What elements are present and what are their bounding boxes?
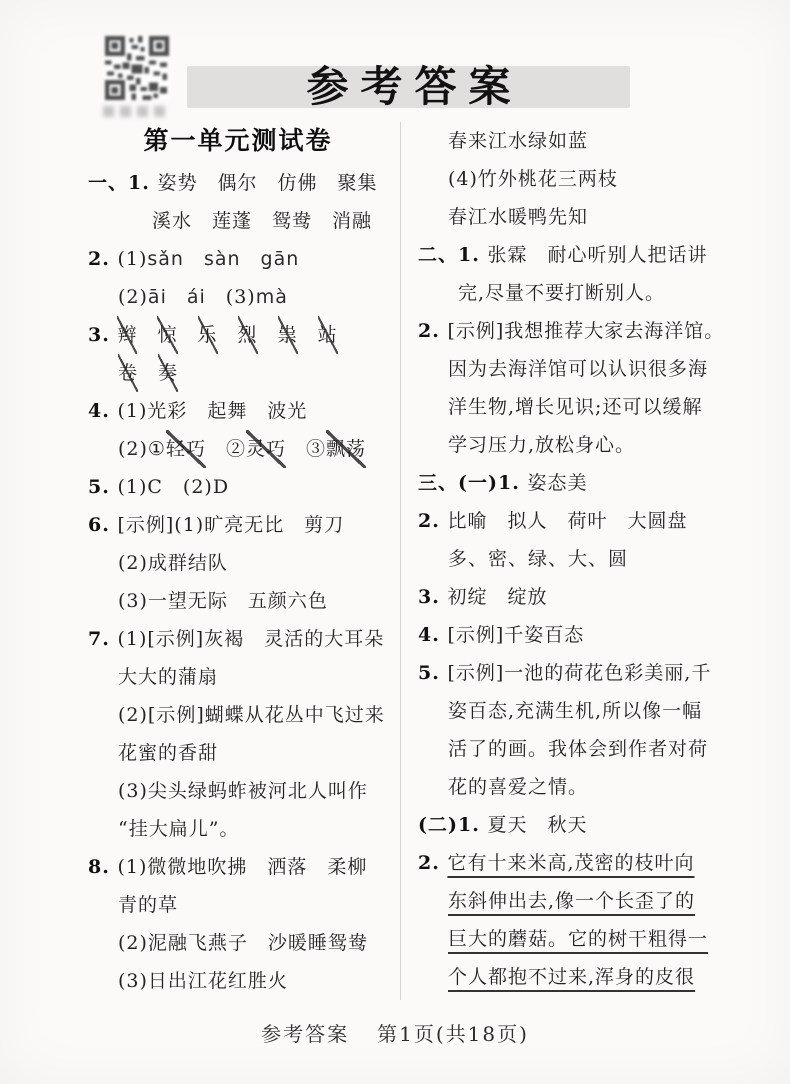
item-marker: (二)1.: [418, 814, 487, 836]
item-marker: 二、1.: [418, 244, 487, 266]
item-marker: 4.: [88, 400, 117, 422]
answer-line: (2)成群结队: [88, 544, 388, 582]
answer-text: 花的喜爱之情。: [448, 776, 588, 798]
answer-text: (2)①: [118, 438, 166, 460]
answer-line: (3)尖头绿蚂蚱被河北人叫作: [88, 772, 388, 810]
answer-text: (3)尖头绿蚂蚱被河北人叫作: [118, 780, 368, 802]
answer-text: 洋生物,增长见识;还可以缓解: [448, 396, 702, 418]
answer-line: (2)泥融飞燕子 沙暖睡鸳鸯: [88, 924, 388, 962]
answer-text: 张霖 耐心听别人把话讲: [487, 244, 707, 266]
struck-answer: 奏: [158, 354, 178, 392]
answer-text: 完,尽量不要打断别人。: [458, 282, 665, 304]
struck-answer: 灵巧: [246, 430, 286, 468]
answer-line: 2. (1)sǎn sàn gān: [88, 240, 388, 278]
answer-text: (1): [117, 248, 147, 270]
answer-line: 个人都抱不过来,浑身的皮很: [418, 958, 728, 996]
answer-text: [137, 324, 157, 346]
answer-line: 7. (1)[示例]灰褐 灵活的大耳朵: [88, 620, 388, 658]
struck-answer: 辫: [117, 316, 137, 354]
answer-text: 姿势 偶尔 仿佛 聚集: [157, 172, 377, 194]
answer-line: 完,尽量不要打断别人。: [418, 274, 728, 312]
answer-line: (3)日出江花红胜火: [88, 962, 388, 1000]
answer-line: 二、1. 张霖 耐心听别人把话讲: [418, 236, 728, 274]
item-marker: 8.: [88, 856, 117, 878]
qr-caption-blurred: [103, 106, 171, 117]
answer-line: 多、密、绿、大、圆: [418, 540, 728, 578]
left-column: 第一单元测试卷 一、1. 姿势 偶尔 仿佛 聚集溪水 莲蓬 鸳鸯 消融2. (1…: [88, 122, 400, 1000]
answer-text: (2)[示例]蝴蝶从花丛中飞过来: [118, 704, 385, 726]
answer-line: 学习压力,放松身心。: [418, 426, 728, 464]
qr-code-icon: [100, 36, 174, 100]
section-title: 第一单元测试卷: [88, 122, 388, 164]
answer-text: 因为去海洋馆可以认识很多海: [448, 358, 708, 380]
answer-line: 8. (1)微微地吹拂 洒落 柔柳: [88, 848, 388, 886]
answer-line: 6. [示例](1)旷亮无比 剪刀: [88, 506, 388, 544]
struck-answer: 惊: [157, 316, 177, 354]
answer-line: 洋生物,增长见识;还可以缓解: [418, 388, 728, 426]
answer-text: (2)成群结队: [118, 552, 228, 574]
answers-content: 第一单元测试卷 一、1. 姿势 偶尔 仿佛 聚集溪水 莲蓬 鸳鸯 消融2. (1…: [88, 122, 728, 1000]
answer-text: 东斜伸出去,像一个长歪了的: [448, 890, 695, 912]
answer-line: (二)1. 夏天 秋天: [418, 806, 728, 844]
item-marker: 一、1.: [88, 172, 157, 194]
footer-page-number: 第1页(共18页): [377, 1022, 529, 1046]
left-column-lines: 一、1. 姿势 偶尔 仿佛 聚集溪水 莲蓬 鸳鸯 消融2. (1)sǎn sàn…: [88, 164, 388, 1000]
answer-text: (1)微微地吹拂 洒落 柔柳: [117, 856, 367, 878]
answer-text: (1)[示例]灰褐 灵活的大耳朵: [117, 628, 384, 650]
answer-text: (1)C (2)D: [117, 476, 229, 498]
struck-answer: 站: [318, 316, 338, 354]
answer-text: (3)日出江花红胜火: [118, 970, 288, 992]
answer-text: mà: [256, 286, 288, 308]
answer-text: 它有十来米高,茂密的枝叶向: [447, 852, 694, 874]
answer-line: 4. [示例]千姿百态: [418, 616, 728, 654]
item-marker: 2.: [418, 852, 447, 874]
answer-text: 比喻 拟人 荷叶 大圆盘: [447, 510, 687, 532]
answer-text: (3): [206, 286, 256, 308]
struck-answer: 卷: [118, 354, 138, 392]
answer-text: (4)竹外桃花三两枝: [448, 168, 618, 190]
answer-line: 青的草: [88, 886, 388, 924]
answer-line: 花的喜爱之情。: [418, 768, 728, 806]
answer-text: 学习压力,放松身心。: [448, 434, 635, 456]
answer-text: 巨大的蘑菇。它的树干粗得一: [448, 928, 708, 950]
struck-answer: 烈: [238, 316, 258, 354]
page-footer: 参考答案第1页(共18页): [0, 1018, 790, 1047]
answer-text: [178, 324, 198, 346]
answer-line: 溪水 莲蓬 鸳鸯 消融: [88, 202, 388, 240]
item-marker: 5.: [88, 476, 117, 498]
answer-line: 4. (1)光彩 起舞 波光: [88, 392, 388, 430]
answer-line: 3. 辫 惊 乐 烈 祟 站: [88, 316, 388, 354]
answer-line: (2)①轻巧 ②灵巧 ③飘荡: [88, 430, 388, 468]
answer-text: 青的草: [118, 894, 178, 916]
answer-text: [示例](1)旷亮无比 剪刀: [117, 514, 344, 536]
answer-text: 溪水 莲蓬 鸳鸯 消融: [152, 210, 372, 232]
answer-text: (3)一望无际 五颜六色: [118, 590, 328, 612]
answer-text: 姿态美: [527, 472, 587, 494]
footer-label: 参考答案: [261, 1022, 349, 1046]
item-marker: 3.: [418, 586, 447, 608]
page-title: 参考答案: [187, 54, 630, 114]
answer-line: 东斜伸出去,像一个长歪了的: [418, 882, 728, 920]
answer-key-page: 参考答案 第一单元测试卷 一、1. 姿势 偶尔 仿佛 聚集溪水 莲蓬 鸳鸯 消融…: [0, 0, 790, 1084]
answer-line: 2. [示例]我想推荐大家去海洋馆。: [418, 312, 728, 350]
answer-text: 春来江水绿如蓝: [448, 130, 588, 152]
answer-line: 卷 奏: [88, 354, 388, 392]
answer-text: āi ái: [148, 286, 206, 308]
answer-line: 三、(一)1. 姿态美: [418, 464, 728, 502]
answer-text: “挂大扁儿”。: [118, 818, 239, 840]
item-marker: 3.: [88, 324, 117, 346]
answer-line: 春来江水绿如蓝: [418, 122, 728, 160]
struck-answer: 轻巧: [166, 430, 206, 468]
answer-text: (2): [118, 286, 148, 308]
answer-line: 2. 它有十来米高,茂密的枝叶向: [418, 844, 728, 882]
answer-line: 3. 初绽 绽放: [418, 578, 728, 616]
item-marker: 2.: [418, 510, 447, 532]
answer-text: [298, 324, 318, 346]
answer-line: 5. (1)C (2)D: [88, 468, 388, 506]
answer-line: (2)āi ái (3)mà: [88, 278, 388, 316]
answer-text: 姿百态,充满生机,所以像一幅: [448, 700, 702, 722]
answer-line: “挂大扁儿”。: [88, 810, 388, 848]
answer-text: 活了的画。我体会到作者对荷: [448, 738, 708, 760]
answer-text: 个人都抱不过来,浑身的皮很: [448, 966, 695, 988]
answer-line: 花蜜的香甜: [88, 734, 388, 772]
item-marker: 2.: [88, 248, 117, 270]
answer-line: (4)竹外桃花三两枝: [418, 160, 728, 198]
answer-text: 大大的蒲扇: [118, 666, 218, 688]
answer-line: 2. 比喻 拟人 荷叶 大圆盘: [418, 502, 728, 540]
right-column-lines: 春来江水绿如蓝(4)竹外桃花三两枝春江水暖鸭先知二、1. 张霖 耐心听别人把话讲…: [418, 122, 728, 996]
answer-text: [示例]一池的荷花色彩美丽,千: [447, 662, 711, 684]
answer-text: [258, 324, 278, 346]
answer-text: [示例]我想推荐大家去海洋馆。: [447, 320, 724, 342]
answer-text: 花蜜的香甜: [118, 742, 218, 764]
answer-text: 多、密、绿、大、圆: [448, 548, 628, 570]
answer-line: 活了的画。我体会到作者对荷: [418, 730, 728, 768]
answer-text: [218, 324, 238, 346]
answer-line: 巨大的蘑菇。它的树干粗得一: [418, 920, 728, 958]
item-marker: 4.: [418, 624, 447, 646]
answer-text: 夏天 秋天: [487, 814, 587, 836]
item-marker: 7.: [88, 628, 117, 650]
answer-line: 一、1. 姿势 偶尔 仿佛 聚集: [88, 164, 388, 202]
struck-answer: 飘荡: [326, 430, 366, 468]
answer-text: [138, 362, 158, 384]
answer-line: (2)[示例]蝴蝶从花丛中飞过来: [88, 696, 388, 734]
answer-line: 因为去海洋馆可以认识很多海: [418, 350, 728, 388]
answer-line: 5. [示例]一池的荷花色彩美丽,千: [418, 654, 728, 692]
answer-text: [示例]千姿百态: [447, 624, 584, 646]
answer-text: ②: [206, 438, 246, 460]
answer-text: (1)光彩 起舞 波光: [117, 400, 307, 422]
item-marker: 6.: [88, 514, 117, 536]
answer-text: sǎn sàn gān: [147, 248, 299, 270]
answer-text: 初绽 绽放: [447, 586, 547, 608]
answer-text: 春江水暖鸭先知: [448, 206, 588, 228]
struck-answer: 乐: [198, 316, 218, 354]
struck-answer: 祟: [278, 316, 298, 354]
item-marker: 三、(一)1.: [418, 472, 527, 494]
answer-line: 大大的蒲扇: [88, 658, 388, 696]
answer-line: 春江水暖鸭先知: [418, 198, 728, 236]
item-marker: 5.: [418, 662, 447, 684]
item-marker: 2.: [418, 320, 447, 342]
answer-line: (3)一望无际 五颜六色: [88, 582, 388, 620]
answer-line: 姿百态,充满生机,所以像一幅: [418, 692, 728, 730]
right-column: 春来江水绿如蓝(4)竹外桃花三两枝春江水暖鸭先知二、1. 张霖 耐心听别人把话讲…: [400, 122, 728, 1000]
answer-text: ③: [286, 438, 326, 460]
answer-text: (2)泥融飞燕子 沙暖睡鸳鸯: [118, 932, 368, 954]
